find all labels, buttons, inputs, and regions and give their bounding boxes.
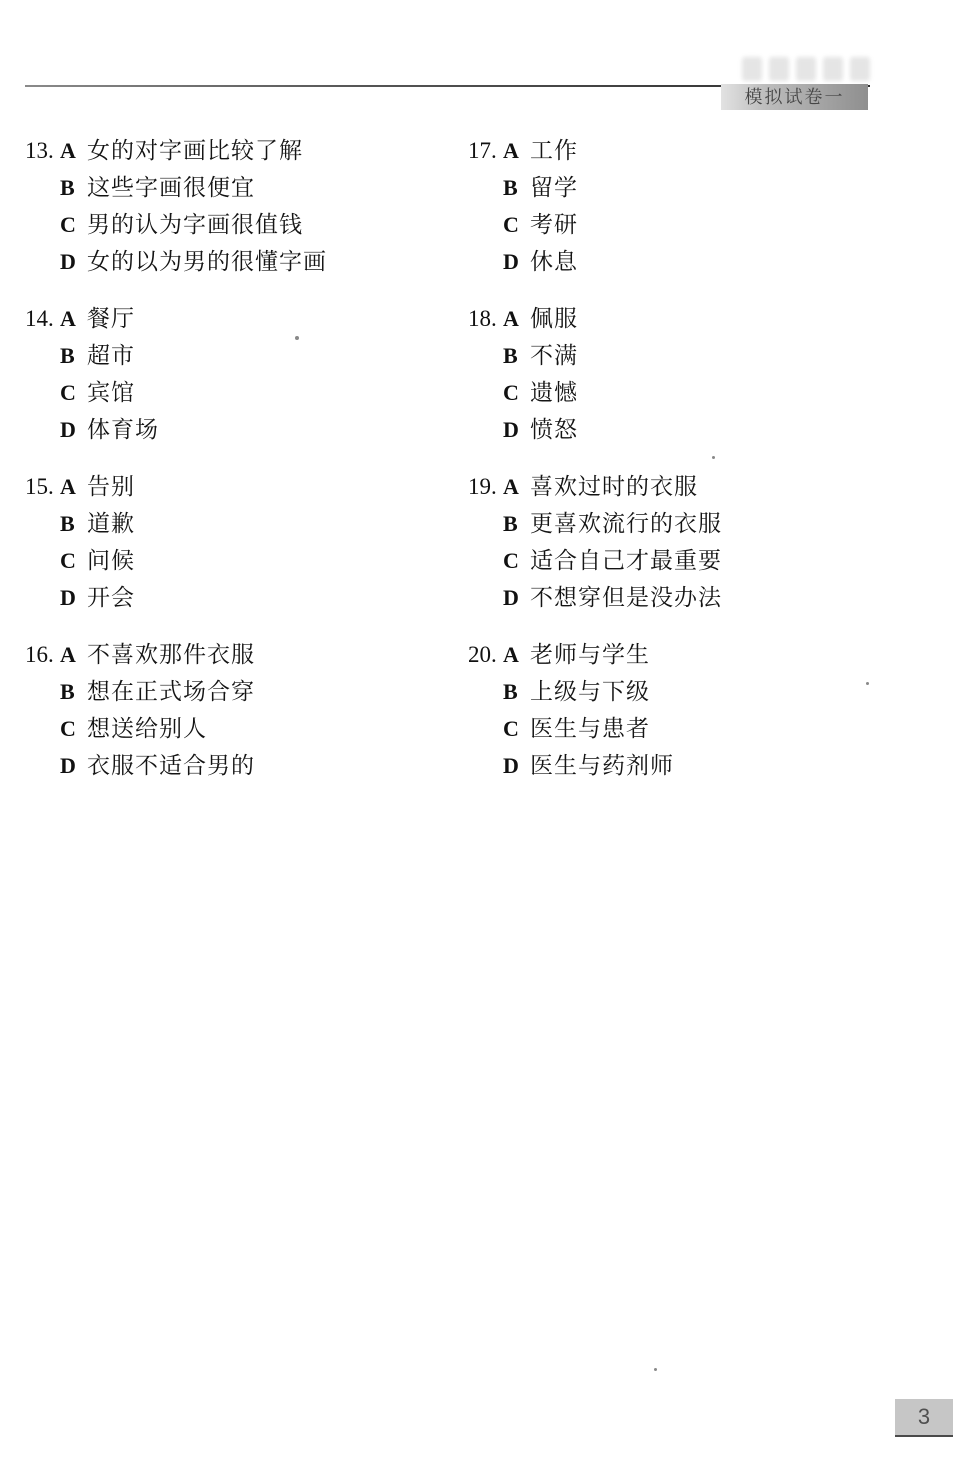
option-text: 道歉 xyxy=(87,505,135,542)
option-letter: A xyxy=(503,636,530,673)
option-text: 留学 xyxy=(530,169,578,206)
option-letter: B xyxy=(503,337,530,374)
option-letter: B xyxy=(503,673,530,710)
option-letter: B xyxy=(60,505,87,542)
question-17: 17. A 工作 B 留学 C 考研 D 休息 xyxy=(468,132,937,280)
option-text: 老师与学生 xyxy=(530,636,650,673)
option-letter: D xyxy=(60,411,87,448)
option-letter: B xyxy=(60,337,87,374)
option-row: D 衣服不适合男的 xyxy=(25,747,468,784)
question-column-left: 13. A 女的对字画比较了解 B 这些字画很便宜 C 男的认为字画很值钱 D xyxy=(25,132,468,804)
option-row: B 上级与下级 xyxy=(468,673,937,710)
option-text: 体育场 xyxy=(87,411,159,448)
option-letter: A xyxy=(503,468,530,505)
option-row: C 问候 xyxy=(25,542,468,579)
option-text: 餐厅 xyxy=(87,300,135,337)
option-row: C 遗憾 xyxy=(468,374,937,411)
option-text: 问候 xyxy=(87,542,135,579)
option-letter: A xyxy=(503,132,530,169)
option-text: 女的以为男的很懂字画 xyxy=(87,243,327,280)
page-bleedthrough-smudge xyxy=(742,57,870,81)
option-text: 男的认为字画很值钱 xyxy=(87,206,303,243)
option-text: 超市 xyxy=(87,337,135,374)
question-15: 15. A 告别 B 道歉 C 问候 D 开会 xyxy=(25,468,468,616)
option-letter: D xyxy=(60,243,87,280)
option-letter: C xyxy=(503,374,530,411)
option-letter: D xyxy=(503,579,530,616)
option-text: 想在正式场合穿 xyxy=(87,673,255,710)
question-number: 15. xyxy=(25,468,60,505)
option-letter: B xyxy=(503,169,530,206)
option-row: B 更喜欢流行的衣服 xyxy=(468,505,937,542)
option-row: D 愤怒 xyxy=(468,411,937,448)
option-text: 喜欢过时的衣服 xyxy=(530,468,698,505)
option-letter: C xyxy=(503,710,530,747)
scan-artifact xyxy=(712,456,715,459)
option-letter: C xyxy=(60,206,87,243)
option-row: C 医生与患者 xyxy=(468,710,937,747)
question-14: 14. A 餐厅 B 超市 C 宾馆 D 体育场 xyxy=(25,300,468,448)
question-number: 14. xyxy=(25,300,60,337)
option-text: 上级与下级 xyxy=(530,673,650,710)
option-row: 13. A 女的对字画比较了解 xyxy=(25,132,468,169)
option-text: 宾馆 xyxy=(87,374,135,411)
option-row: B 这些字画很便宜 xyxy=(25,169,468,206)
header-badge: 模拟试卷一 xyxy=(721,84,868,110)
option-row: C 适合自己才最重要 xyxy=(468,542,937,579)
option-row: C 宾馆 xyxy=(25,374,468,411)
option-letter: D xyxy=(503,411,530,448)
option-letter: D xyxy=(503,747,530,784)
option-letter: D xyxy=(60,579,87,616)
option-row: 15. A 告别 xyxy=(25,468,468,505)
option-letter: A xyxy=(60,468,87,505)
option-letter: C xyxy=(60,542,87,579)
option-letter: B xyxy=(503,505,530,542)
option-row: D 休息 xyxy=(468,243,937,280)
scanned-test-page: 模拟试卷一 13. A 女的对字画比较了解 B 这些字画很便宜 C 男的认为字画… xyxy=(0,0,960,1477)
question-number: 16. xyxy=(25,636,60,673)
option-row: 18. A 佩服 xyxy=(468,300,937,337)
option-row: 16. A 不喜欢那件衣服 xyxy=(25,636,468,673)
option-text: 遗憾 xyxy=(530,374,578,411)
question-column-right: 17. A 工作 B 留学 C 考研 D 休息 xyxy=(468,132,937,804)
question-number: 20. xyxy=(468,636,503,673)
option-text: 不喜欢那件衣服 xyxy=(87,636,255,673)
option-row: 17. A 工作 xyxy=(468,132,937,169)
question-number: 19. xyxy=(468,468,503,505)
option-row: B 超市 xyxy=(25,337,468,374)
option-text: 更喜欢流行的衣服 xyxy=(530,505,722,542)
option-letter: A xyxy=(60,132,87,169)
option-letter: B xyxy=(60,673,87,710)
question-20: 20. A 老师与学生 B 上级与下级 C 医生与患者 D 医生与 xyxy=(468,636,937,784)
option-text: 开会 xyxy=(87,579,135,616)
option-row: D 不想穿但是没办法 xyxy=(468,579,937,616)
option-row: D 体育场 xyxy=(25,411,468,448)
option-row: 20. A 老师与学生 xyxy=(468,636,937,673)
scan-artifact xyxy=(866,682,869,685)
option-letter: A xyxy=(60,300,87,337)
option-letter: B xyxy=(60,169,87,206)
option-text: 想送给别人 xyxy=(87,710,207,747)
question-grid: 13. A 女的对字画比较了解 B 这些字画很便宜 C 男的认为字画很值钱 D xyxy=(25,132,937,804)
option-text: 衣服不适合男的 xyxy=(87,747,255,784)
option-row: D 女的以为男的很懂字画 xyxy=(25,243,468,280)
option-letter: A xyxy=(503,300,530,337)
option-row: C 考研 xyxy=(468,206,937,243)
option-letter: C xyxy=(503,206,530,243)
scan-artifact xyxy=(654,1368,657,1371)
option-text: 医生与药剂师 xyxy=(530,747,674,784)
option-letter: C xyxy=(60,710,87,747)
option-row: 14. A 餐厅 xyxy=(25,300,468,337)
option-text: 不想穿但是没办法 xyxy=(530,579,722,616)
option-row: D 开会 xyxy=(25,579,468,616)
question-number: 18. xyxy=(468,300,503,337)
option-letter: C xyxy=(503,542,530,579)
option-text: 医生与患者 xyxy=(530,710,650,747)
option-text: 工作 xyxy=(530,132,578,169)
option-text: 适合自己才最重要 xyxy=(530,542,722,579)
option-text: 考研 xyxy=(530,206,578,243)
option-letter: D xyxy=(503,243,530,280)
question-number: 17. xyxy=(468,132,503,169)
question-16: 16. A 不喜欢那件衣服 B 想在正式场合穿 C 想送给别人 D xyxy=(25,636,468,784)
option-letter: A xyxy=(60,636,87,673)
option-row: C 想送给别人 xyxy=(25,710,468,747)
question-13: 13. A 女的对字画比较了解 B 这些字画很便宜 C 男的认为字画很值钱 D xyxy=(25,132,468,280)
option-row: B 道歉 xyxy=(25,505,468,542)
option-row: B 留学 xyxy=(468,169,937,206)
option-text: 佩服 xyxy=(530,300,578,337)
option-text: 休息 xyxy=(530,243,578,280)
scan-artifact xyxy=(295,336,299,340)
option-letter: C xyxy=(60,374,87,411)
question-18: 18. A 佩服 B 不满 C 遗憾 D 愤怒 xyxy=(468,300,937,448)
page-number: 3 xyxy=(895,1399,953,1437)
option-text: 告别 xyxy=(87,468,135,505)
option-letter: D xyxy=(60,747,87,784)
option-row: B 不满 xyxy=(468,337,937,374)
option-text: 女的对字画比较了解 xyxy=(87,132,303,169)
option-text: 这些字画很便宜 xyxy=(87,169,255,206)
option-row: D 医生与药剂师 xyxy=(468,747,937,784)
question-number: 13. xyxy=(25,132,60,169)
option-text: 愤怒 xyxy=(530,411,578,448)
option-row: C 男的认为字画很值钱 xyxy=(25,206,468,243)
option-text: 不满 xyxy=(530,337,578,374)
option-row: 19. A 喜欢过时的衣服 xyxy=(468,468,937,505)
question-19: 19. A 喜欢过时的衣服 B 更喜欢流行的衣服 C 适合自己才最重要 D xyxy=(468,468,937,616)
option-row: B 想在正式场合穿 xyxy=(25,673,468,710)
